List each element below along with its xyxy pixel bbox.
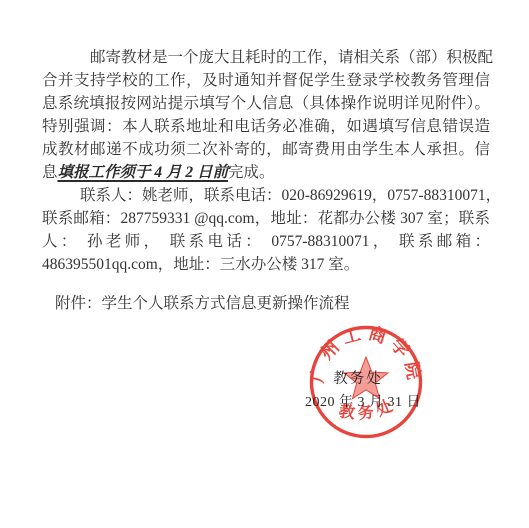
document-page: 邮寄教材是一个庞大且耗时的工作，请相关系（部）积极配 合并支持学校的工作，及时通… <box>0 0 529 528</box>
deadline-suffix: 完成。 <box>228 164 275 181</box>
contact-line: 人： 孙老师， 联系电话： 0757-88310071， 联系邮箱： <box>42 230 490 253</box>
contact-line: 486395501qq.com，地址：三水办公楼 317 室。 <box>42 253 490 276</box>
seal-bottom-text: 教务处 <box>336 394 400 425</box>
deadline-emphasis: 填报工作须于 4 月 2 日前 <box>58 164 229 181</box>
contact-line: 联系人：姚老师，联系电话：020-86929619，0757-88310071， <box>42 184 490 207</box>
attachment-note: 附件：学生个人联系方式信息更新操作流程 <box>42 292 490 315</box>
deadline-line: 息填报工作须于 4 月 2 日前完成。 <box>42 161 490 184</box>
official-seal: 广州工商学院 教务处 <box>304 322 428 444</box>
paragraph-line: 合并支持学校的工作，及时通知并督促学生登录学校教务管理信 <box>42 69 490 92</box>
contact-line: 联系邮箱：287759331 @qq.com，地址：花都办公楼 307 室；联系 <box>42 207 490 230</box>
paragraph-line: 特别强调：本人联系地址和电话务必准确，如遇填写信息错误造 <box>42 115 490 138</box>
paragraph-line: 成教材邮递不成功须二次补寄的，邮寄费用由学生本人承担。信 <box>42 138 490 161</box>
deadline-prefix: 息 <box>42 164 58 181</box>
paragraph-line: 息系统填报按网站提示填写个人信息（具体操作说明详见附件）。 <box>42 92 490 115</box>
paragraph-line: 邮寄教材是一个庞大且耗时的工作，请相关系（部）积极配 <box>42 46 490 69</box>
seal-star-icon <box>344 357 388 399</box>
notice-body: 邮寄教材是一个庞大且耗时的工作，请相关系（部）积极配 合并支持学校的工作，及时通… <box>42 46 490 276</box>
